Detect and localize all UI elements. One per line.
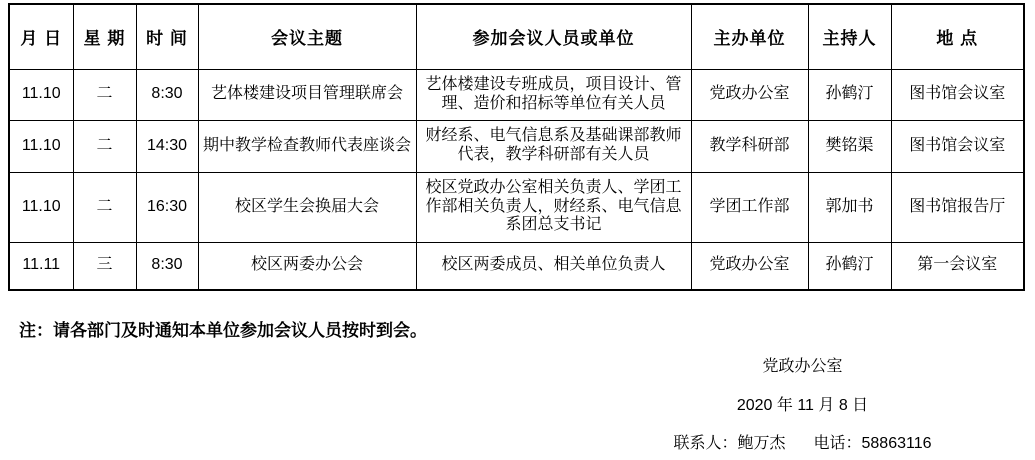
cell-participants: 校区两委成员、相关单位负责人 — [416, 242, 691, 290]
signature-date: 2020 年 11 月 8 日 — [570, 392, 1035, 415]
cell-participants: 校区党政办公室相关负责人、学团工作部相关负责人，财经系、电气信息系团总支书记 — [416, 172, 691, 242]
header-organizer: 主办单位 — [691, 4, 808, 69]
header-month-day: 月 日 — [9, 4, 73, 69]
contact-person: 联系人：鲍万杰 — [673, 435, 785, 452]
cell-host: 孙鹤汀 — [808, 69, 891, 120]
table-header-row: 月 日 星 期 时 间 会议主题 参加会议人员或单位 主办单位 主持人 地 点 — [9, 4, 1024, 69]
header-location: 地 点 — [891, 4, 1024, 69]
signature-department: 党政办公室 — [570, 353, 1035, 376]
cell-time: 16:30 — [136, 172, 198, 242]
cell-time: 8:30 — [136, 69, 198, 120]
header-host: 主持人 — [808, 4, 891, 69]
cell-participants: 艺体楼建设专班成员，项目设计、管理、造价和招标等单位有关人员 — [416, 69, 691, 120]
cell-time: 14:30 — [136, 120, 198, 172]
header-weekday: 星 期 — [73, 4, 136, 69]
cell-organizer: 党政办公室 — [691, 242, 808, 290]
cell-weekday: 二 — [73, 120, 136, 172]
cell-topic: 艺体楼建设项目管理联席会 — [198, 69, 416, 120]
cell-organizer: 教学科研部 — [691, 120, 808, 172]
cell-weekday: 二 — [73, 172, 136, 242]
table-row: 11.11 三 8:30 校区两委办公会 校区两委成员、相关单位负责人 党政办公… — [9, 242, 1024, 290]
cell-organizer: 党政办公室 — [691, 69, 808, 120]
contact-phone: 电话：58863116 — [814, 435, 932, 452]
cell-time: 8:30 — [136, 242, 198, 290]
cell-weekday: 三 — [73, 242, 136, 290]
cell-host: 孙鹤汀 — [808, 242, 891, 290]
cell-weekday: 二 — [73, 69, 136, 120]
cell-date: 11.10 — [9, 120, 73, 172]
cell-location: 图书馆会议室 — [891, 69, 1024, 120]
table-row: 11.10 二 14:30 期中教学检查教师代表座谈会 财经系、电气信息系及基础… — [9, 120, 1024, 172]
note-text: 注：请各部门及时通知本单位参加会议人员按时到会。 — [19, 316, 427, 341]
cell-date: 11.11 — [9, 242, 73, 290]
cell-date: 11.10 — [9, 172, 73, 242]
table-row: 11.10 二 16:30 校区学生会换届大会 校区党政办公室相关负责人、学团工… — [9, 172, 1024, 242]
cell-participants: 财经系、电气信息系及基础课部教师代表，教学科研部有关人员 — [416, 120, 691, 172]
cell-topic: 校区两委办公会 — [198, 242, 416, 290]
header-time: 时 间 — [136, 4, 198, 69]
meeting-schedule-sheet: 月 日 星 期 时 间 会议主题 参加会议人员或单位 主办单位 主持人 地 点 … — [0, 0, 1035, 460]
header-participants: 参加会议人员或单位 — [416, 4, 691, 69]
cell-host: 樊铭渠 — [808, 120, 891, 172]
cell-topic: 校区学生会换届大会 — [198, 172, 416, 242]
cell-date: 11.10 — [9, 69, 73, 120]
contact-line: 联系人：鲍万杰电话：58863116 — [570, 430, 1035, 453]
meeting-schedule-table: 月 日 星 期 时 间 会议主题 参加会议人员或单位 主办单位 主持人 地 点 … — [8, 3, 1025, 291]
cell-organizer: 学团工作部 — [691, 172, 808, 242]
cell-location: 图书馆会议室 — [891, 120, 1024, 172]
header-topic: 会议主题 — [198, 4, 416, 69]
cell-location: 图书馆报告厅 — [891, 172, 1024, 242]
table-row: 11.10 二 8:30 艺体楼建设项目管理联席会 艺体楼建设专班成员，项目设计… — [9, 69, 1024, 120]
cell-location: 第一会议室 — [891, 242, 1024, 290]
cell-host: 郭加书 — [808, 172, 891, 242]
cell-topic: 期中教学检查教师代表座谈会 — [198, 120, 416, 172]
